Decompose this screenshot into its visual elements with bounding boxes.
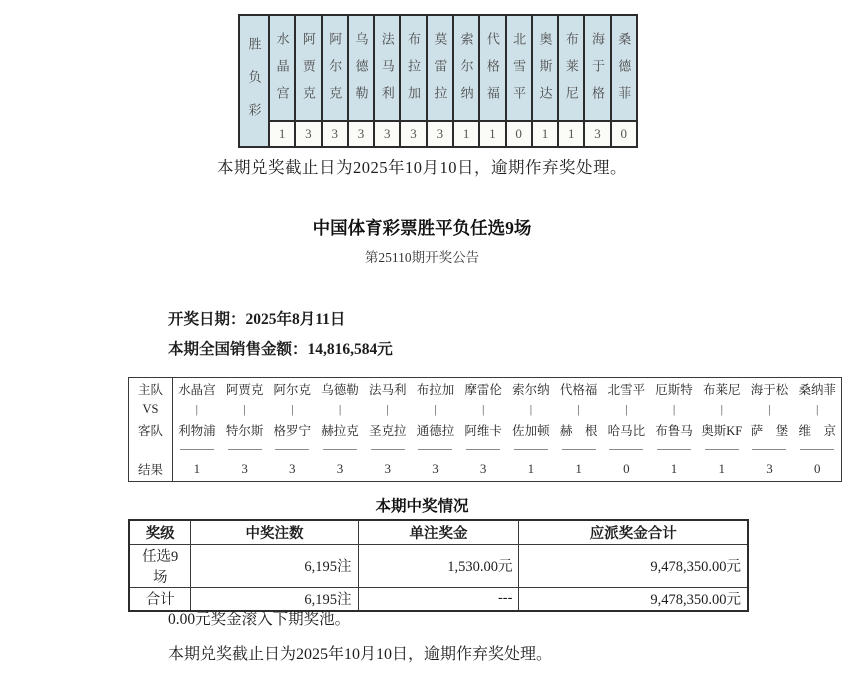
team-name: 水晶宫 [270,16,294,120]
home-row-header: 主队 [129,378,172,400]
vs-mark: | [459,400,507,419]
result-value: 0 [602,457,650,480]
team-name: 桑德菲 [612,16,636,120]
underline-mark [609,449,643,450]
result-row-header: 结果 [129,457,172,480]
underline [364,441,412,457]
match-result: 3 [375,120,399,146]
match-column: 布拉加 3 [401,16,427,146]
home-team: 阿尔克 [268,378,316,400]
team-name: 乌德勒 [349,16,373,120]
match-column: 莫雷拉 3 [428,16,454,146]
col-header-level: 奖级 [129,520,191,544]
result-value: 1 [173,457,221,480]
away-row-header: 客队 [129,419,172,441]
result-value: 3 [746,457,794,480]
match-column: 北雪平 0 [507,16,533,146]
match-result: 0 [612,120,636,146]
vs-mark: | [412,400,460,419]
match-column: 奥斯达 1 [533,16,559,146]
home-team: 布拉加 [412,378,460,400]
announcement-page: 胜负彩 水晶宫 1 阿贾克 3 阿尔克 3 乌德勒 3 法马利 3 布拉加 3 … [0,0,844,678]
draw-date: 开奖日期：2025年8月11日 [168,307,345,329]
issue-subtitle: 第25110期开奖公告 [0,246,844,266]
away-team: 奥斯KF [698,419,746,441]
team-name: 布莱尼 [559,16,583,120]
total-prize: 9,478,350.00元 [519,587,748,611]
vs-row-header: VS [129,400,172,419]
underline-mark [514,449,548,450]
result-value: 1 [555,457,603,480]
match-list-table: 主队 VS 客队 结果 水晶宫 阿贾克 阿尔克 乌德勒 法马利 布拉加 摩雷伦 … [128,377,842,482]
sales-amount: 本期全国销售金额：14,816,584元 [168,337,393,359]
underline-mark [752,449,786,450]
underline [507,441,555,457]
match-result: 1 [270,120,294,146]
home-team: 摩雷伦 [459,378,507,400]
vs-mark: | [316,400,364,419]
result-value: 1 [698,457,746,480]
team-name: 法马利 [375,16,399,120]
prize-table: 奖级 中奖注数 单注奖金 应派奖金合计 任选9场 6,195注 1,530.00… [128,519,749,612]
match-result: 3 [296,120,320,146]
match-result: 3 [349,120,373,146]
team-name: 海于格 [585,16,609,120]
underline [746,441,794,457]
underline-mark [371,449,405,450]
result-value: 3 [221,457,269,480]
match-result: 3 [428,120,452,146]
match-result: 3 [323,120,347,146]
winner-count: 6,195注 [191,544,358,587]
team-name: 阿贾克 [296,16,320,120]
result-value: 1 [650,457,698,480]
match-column: 阿尔克 3 [323,16,349,146]
page-title: 中国体育彩票胜平负任选9场 [0,215,844,240]
home-team: 法马利 [364,378,412,400]
match-result: 1 [454,120,478,146]
home-teams-row: 水晶宫 阿贾克 阿尔克 乌德勒 法马利 布拉加 摩雷伦 索尔纳 代格福 北雪平 … [173,378,841,400]
away-team: 哈马比 [602,419,650,441]
result-value: 3 [364,457,412,480]
col-header-single-prize: 单注奖金 [358,520,519,544]
away-team: 格罗宁 [268,419,316,441]
redeem-deadline-notice-bottom: 本期兑奖截止日为2025年10月10日，逾期作弃奖处理。 [168,641,552,664]
prize-section-heading: 本期中奖情况 [0,494,844,516]
away-team: 维 京 [793,419,841,441]
underline [793,441,841,457]
underline-mark [466,449,500,450]
team-name: 莫雷拉 [428,16,452,120]
away-team: 圣克拉 [364,419,412,441]
underline-mark [705,449,739,450]
team-name: 阿尔克 [323,16,347,120]
match-column: 乌德勒 3 [349,16,375,146]
away-team: 萨 堡 [746,419,794,441]
underline-mark [418,449,452,450]
prize-level: 任选9场 [129,544,191,587]
single-prize: 1,530.00元 [358,544,519,587]
team-name: 代格福 [480,16,504,120]
home-team: 桑纳菲 [793,378,841,400]
match-result: 1 [559,120,583,146]
vs-mark: | [507,400,555,419]
vs-mark: | [221,400,269,419]
match-result: 3 [401,120,425,146]
underline-mark [323,449,357,450]
results-row: 1 3 3 3 3 3 3 1 1 0 1 1 3 0 [173,457,841,480]
home-team: 布莱尼 [698,378,746,400]
underline-mark [180,449,214,450]
match-table-row-headers: 主队 VS 客队 结果 [129,378,173,481]
single-prize: --- [358,587,519,611]
underline [602,441,650,457]
col-header-count: 中奖注数 [191,520,358,544]
match-column: 索尔纳 1 [454,16,480,146]
underline-mark [562,449,596,450]
vs-mark: | [364,400,412,419]
underline-mark [228,449,262,450]
total-prize: 9,478,350.00元 [519,544,748,587]
match-column: 阿贾克 3 [296,16,322,146]
underline-mark [657,449,691,450]
result-value: 3 [268,457,316,480]
match-column: 海于格 3 [585,16,611,146]
underline-mark [275,449,309,450]
home-team: 水晶宫 [173,378,221,400]
match-result: 1 [480,120,504,146]
result-value: 3 [412,457,460,480]
away-team: 赫拉克 [316,419,364,441]
home-team: 海于松 [746,378,794,400]
prize-row-ren9: 任选9场 6,195注 1,530.00元 9,478,350.00元 [129,544,748,587]
team-name: 索尔纳 [454,16,478,120]
shengfucai-game-label-text: 胜负彩 [245,27,264,136]
vs-separator-row: | | | | | | | | | | | | | | [173,400,841,419]
vs-mark: | [173,400,221,419]
home-team: 代格福 [555,378,603,400]
match-result: 0 [507,120,531,146]
home-team: 乌德勒 [316,378,364,400]
underline [221,441,269,457]
vs-mark: | [698,400,746,419]
match-column: 代格福 1 [480,16,506,146]
underline [459,441,507,457]
away-team: 佐加顿 [507,419,555,441]
away-team: 赫 根 [555,419,603,441]
away-teams-row: 利物浦 特尔斯 格罗宁 赫拉克 圣克拉 通德拉 阿维卡 佐加顿 赫 根 哈马比 … [173,419,841,441]
underline [268,441,316,457]
underline-mark [800,449,834,450]
vs-mark: | [746,400,794,419]
match-column: 桑德菲 0 [612,16,636,146]
shengfucai-game-label: 胜负彩 [240,16,270,146]
result-value: 0 [793,457,841,480]
away-team: 阿维卡 [459,419,507,441]
away-team: 布鲁马 [650,419,698,441]
home-team: 北雪平 [602,378,650,400]
underline-row [173,441,841,457]
result-value: 3 [459,457,507,480]
away-team: 利物浦 [173,419,221,441]
underline [412,441,460,457]
match-result: 3 [585,120,609,146]
match-table-body: 水晶宫 阿贾克 阿尔克 乌德勒 法马利 布拉加 摩雷伦 索尔纳 代格福 北雪平 … [173,378,841,481]
vs-mark: | [268,400,316,419]
vs-mark: | [793,400,841,419]
prize-table-header-row: 奖级 中奖注数 单注奖金 应派奖金合计 [129,520,748,544]
redeem-deadline-notice-top: 本期兑奖截止日为2025年10月10日，逾期作弃奖处理。 [0,154,844,178]
underline [698,441,746,457]
underline [555,441,603,457]
vs-mark: | [602,400,650,419]
shengfucai-results-table: 胜负彩 水晶宫 1 阿贾克 3 阿尔克 3 乌德勒 3 法马利 3 布拉加 3 … [238,14,638,148]
spacer [129,441,172,457]
result-value: 3 [316,457,364,480]
match-result: 1 [533,120,557,146]
home-team: 阿贾克 [221,378,269,400]
vs-mark: | [555,400,603,419]
underline [316,441,364,457]
match-column: 水晶宫 1 [270,16,296,146]
underline [173,441,221,457]
team-name: 布拉加 [401,16,425,120]
away-team: 特尔斯 [221,419,269,441]
vs-mark: | [650,400,698,419]
underline [650,441,698,457]
home-team: 厄斯特 [650,378,698,400]
match-column: 法马利 3 [375,16,401,146]
team-name: 奥斯达 [533,16,557,120]
col-header-total-prize: 应派奖金合计 [519,520,748,544]
match-column: 布莱尼 1 [559,16,585,146]
home-team: 索尔纳 [507,378,555,400]
away-team: 通德拉 [412,419,460,441]
result-value: 1 [507,457,555,480]
team-name: 北雪平 [507,16,531,120]
rollover-note: 0.00元奖金滚入下期奖池。 [168,607,350,629]
